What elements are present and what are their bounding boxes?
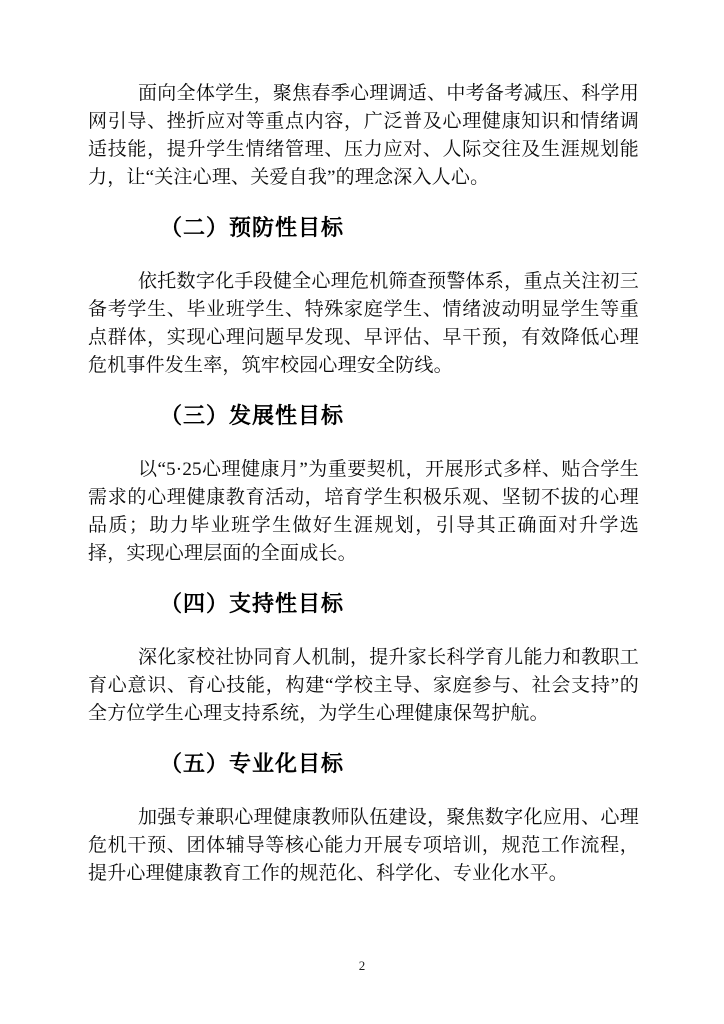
section-prevention: （二）预防性目标 依托数字化手段健全心理危机筛查预警体系，重点关注初三备考学生、…: [88, 214, 639, 380]
section-development: （三）发展性目标 以“5·25心理健康月”为重要契机，开展形式多样、贴合学生需求…: [88, 402, 639, 568]
section-paragraph-professionalization: 加强专兼职心理健康教师队伍建设，聚焦数字化应用、心理危机干预、团体辅导等核心能力…: [88, 804, 639, 888]
section-professionalization: （五）专业化目标 加强专兼职心理健康教师队伍建设，聚焦数字化应用、心理危机干预、…: [88, 750, 639, 888]
document-page: 面向全体学生，聚焦春季心理调适、中考备考减压、科学用网引导、挫折应对等重点内容，…: [0, 0, 724, 1024]
page-number: 2: [0, 957, 724, 975]
section-paragraph-development: 以“5·25心理健康月”为重要契机，开展形式多样、贴合学生需求的心理健康教育活动…: [88, 456, 639, 568]
section-heading-development: （三）发展性目标: [88, 402, 639, 430]
section-paragraph-support: 深化家校社协同育人机制，提升家长科学育儿能力和教职工育心意识、育心技能，构建“学…: [88, 644, 639, 728]
intro-paragraph: 面向全体学生，聚焦春季心理调适、中考备考减压、科学用网引导、挫折应对等重点内容，…: [88, 80, 639, 192]
section-support: （四）支持性目标 深化家校社协同育人机制，提升家长科学育儿能力和教职工育心意识、…: [88, 590, 639, 728]
document-content: 面向全体学生，聚焦春季心理调适、中考备考减压、科学用网引导、挫折应对等重点内容，…: [88, 80, 639, 888]
section-heading-professionalization: （五）专业化目标: [88, 750, 639, 778]
section-heading-support: （四）支持性目标: [88, 590, 639, 618]
section-paragraph-prevention: 依托数字化手段健全心理危机筛查预警体系，重点关注初三备考学生、毕业班学生、特殊家…: [88, 268, 639, 380]
section-heading-prevention: （二）预防性目标: [88, 214, 639, 242]
